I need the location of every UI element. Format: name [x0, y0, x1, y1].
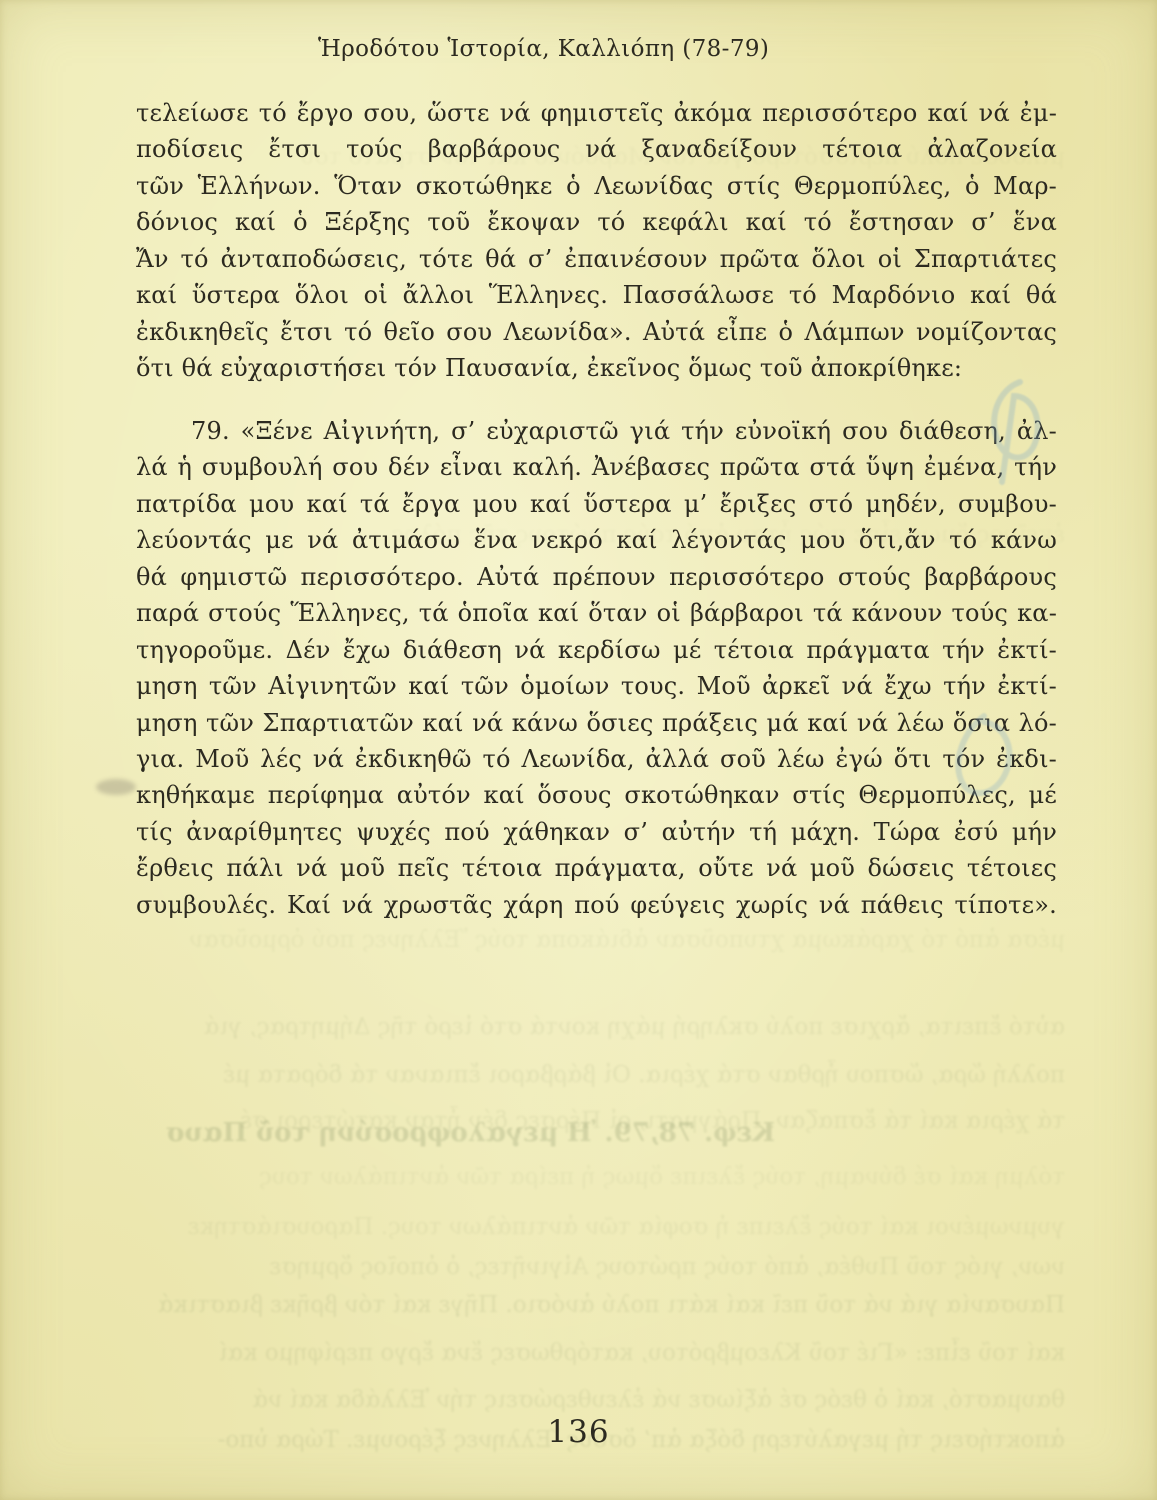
- text-line: παρά στούς Ἕλληνες, τά ὁποῖα καί ὅταν οἱ…: [136, 595, 1057, 631]
- text-line: λεύοντάς με νά ἀτιμάσω ἕνα νεκρό καί λέγ…: [136, 522, 1057, 558]
- text-line: πατρίδα μου καί τά ἔργα μου καί ὕστερα μ…: [136, 486, 1057, 522]
- page-number: 136: [0, 1414, 1157, 1450]
- paragraph: τελείωσε τό ἔργο σου, ὥστε νά φημιστεῖς …: [136, 95, 1057, 387]
- text-line: τηγοροῦμε. Δέν ἔχω διάθεση νά κερδίσω μέ…: [136, 632, 1057, 668]
- text-line: λά ἡ συμβουλή σου δέν εἶναι καλή. Ἀνέβασ…: [136, 449, 1057, 485]
- text-line: ὅτι θά εὐχαριστήσει τόν Παυσανία, ἐκεῖνο…: [136, 350, 1057, 386]
- text-line: θά φημιστῶ περισσότερο. Αὐτά πρέπουν περ…: [136, 559, 1057, 595]
- text-line: καί ὕστερα ὅλοι οἱ ἄλλοι Ἕλληνες. Πασσάλ…: [136, 277, 1057, 313]
- text-line: ἐκδικηθεῖς ἔτσι τό θεῖο σου Λεωνίδα». Αὐ…: [136, 314, 1057, 350]
- text-line: 79. «Ξένε Αἰγινήτη, σ’ εὐχαριστῶ γιά τήν…: [136, 413, 1057, 449]
- text-line: τῶν Ἑλλήνων. Ὅταν σκοτώθηκε ὁ Λεωνίδας σ…: [136, 168, 1057, 204]
- text-line: κηθήκαμε περίφημα αὐτόν καί ὅσους σκοτώθ…: [136, 777, 1057, 813]
- text-line: μηση τῶν Σπαρτιατῶν καί νά κάνω ὅσιες πρ…: [136, 705, 1057, 741]
- text-line: μηση τῶν Αἰγινητῶν καί τῶν ὁμοίων τους. …: [136, 668, 1057, 704]
- text-line: ποδίσεις ἔτσι τούς βαρβάρους νά ξαναδείξ…: [136, 131, 1057, 167]
- body-text: τελείωσε τό ἔργο σου, ὥστε νά φημιστεῖς …: [0, 0, 1157, 1500]
- paragraph: 79. «Ξένε Αἰγινήτη, σ’ εὐχαριστῶ γιά τήν…: [136, 413, 1057, 923]
- text-line: δόνιος καί ὁ Ξέρξης τοῦ ἔκοψαν τό κεφάλι…: [136, 204, 1057, 240]
- text-line: ἔρθεις πάλι νά μοῦ πεῖς τέτοια πράγματα,…: [136, 850, 1057, 886]
- text-line: Ἄν τό ἀνταποδώσεις, τότε θά σ’ ἐπαινέσου…: [136, 241, 1057, 277]
- text-line: για. Μοῦ λές νά ἐκδικηθῶ τό Λεωνίδα, ἀλλ…: [136, 741, 1057, 777]
- text-line: συμβουλές. Καί νά χρωστᾶς χάρη πού φεύγε…: [136, 887, 1057, 923]
- text-line: τελείωσε τό ἔργο σου, ὥστε νά φημιστεῖς …: [136, 95, 1057, 131]
- ink-smudge: [96, 779, 136, 795]
- text-line: τίς ἀναρίθμητες ψυχές πού χάθηκαν σ’ αὐτ…: [136, 814, 1057, 850]
- scanned-book-page: μιλοῦσε πολύ περισσότερο γιά τόν Μαρδόνι…: [0, 0, 1157, 1500]
